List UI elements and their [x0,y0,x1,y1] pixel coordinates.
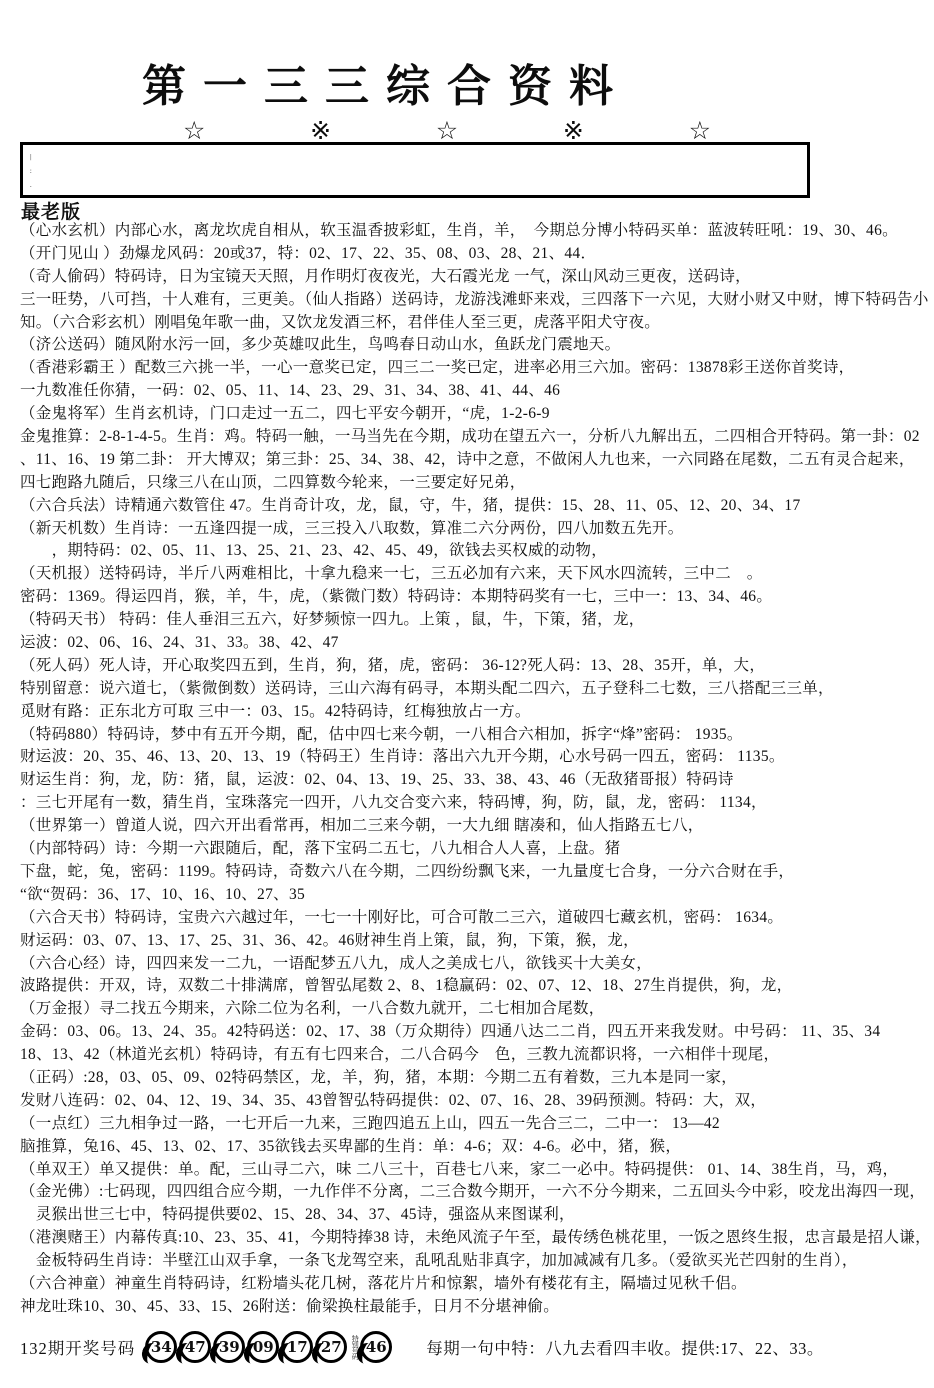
text-line: 运波：02、06、16、24、31、33。38、42、47 [20,632,934,655]
text-line: （正码）:28，03、05、09、02特码禁区，龙，羊，狗，猪，本期：今期二五有… [20,1067,934,1090]
result-note: 每期一句中特：八九去看四丰收。提供:17、22、33。 [426,1335,824,1359]
text-line: 四七跑路九随后，只缘三八在山顶，二四算数今轮来，一三要定好兄弟， [20,472,934,495]
scanned-lottery-sheet: 第一三三综合资料 ☆※☆※☆ | : . 最老版 （心水玄机）内部心水，离龙坎虎… [0,0,934,1388]
result-ball: 09 [247,1331,279,1363]
text-line: （六合心经）诗，四四来发一二九，一语配梦五八九，成人之美成七八，欲钱买十大美女， [20,953,934,976]
text-line: 财运生肖：狗，龙，防：猪，鼠，运波：02、04、13、19、25、33、38、4… [20,769,934,792]
text-line: （内部特码）诗：今期一六跟随后，配，落下宝码二五七，八九相合人人喜，上盘。猪 [20,838,934,861]
text-line: （死人码）死人诗，开心取奖四五到，生肖，狗，猪，虎，密码： 36-12?死人码：… [20,655,934,678]
text-line: （特码天书） 特码：佳人垂泪三五六，好梦频惊一四九。上策 ，鼠，牛，下策，猪，龙… [20,609,934,632]
text-line: 密码：1369。得运四肖，猴，羊，牛，虎，（紫微门数）特码诗：本期特码奖有一七，… [20,586,934,609]
text-line: （特码880）特码诗，梦中有五开今期，配，估中四七来今朝，一八相合六相加，拆字“… [20,724,934,747]
text-line: 特别留意：说六道七，（紫微倒数）送码诗，三山六海有码寻，本期头配二四六，五子登科… [20,678,934,701]
result-ball: 27 [315,1331,347,1363]
text-line: （一点红）三九相争过一路，一七开后一九来，三跑四追五上山，四五一先合三二，二中一… [20,1113,934,1136]
text-line: 神龙吐珠10、30、45、33、15、26附送：偷梁换柱最能手，日月不分堪神偷。 [20,1296,934,1319]
result-ball: 17 [281,1331,313,1363]
text-line: （新天机数）生肖诗：一五逢四提一成，三三投入八取数，算准二六分两份，四八加数五先… [20,518,934,541]
text-line: 一九数准任你猜，一码：02、05、11、14、23、29、31、34、38、41… [20,380,934,403]
text-line: （金光佛）:七码现，四四组合应今期，一九作伴不分离，二三合数今期开，一六不分今期… [20,1181,934,1204]
text-line: 下盘，蛇，兔，密码：1199。特码诗，奇数六八在今期，二四纷纷飘飞来，一九量度七… [20,861,934,884]
text-line: ：三七开尾有一数，猜生肖，宝珠落完一四开，八九交合变六来，特码博，狗，防，鼠，龙… [20,792,934,815]
text-line: （港澳赌王）内幕传真:10、23、35、41，今期特捧38 诗，未绝风流子午至，… [20,1227,934,1250]
text-line: （万金报）寻二找五今期来，六除二位为名利，一八合数九就开，二七相加合尾数， [20,998,934,1021]
scan-artifact: | [29,155,33,161]
text-line: （六合兵法）诗精通六数管住 47。生肖奇计攻，龙，鼠，守，牛，猪，提供：15、2… [20,495,934,518]
text-line: 18、13、42（林道光玄机）特码诗，有五有七四来合，二八合码今 色，三教九流都… [20,1044,934,1067]
draw-result-row: 132期开奖号码 344739091727 特别号码 46 每期一句中特：八九去… [20,1331,824,1363]
text-line: 发财八连码：02、04、12、19、34、35、43曾智弘特码提供：02、07、… [20,1090,934,1113]
text-line: 三一旺势，八可挡，十人难有，三更美。（仙人指路）送码诗，龙游浅滩虾来戏，三四落下… [20,289,934,312]
result-balls: 344739091727 [145,1331,349,1363]
text-line: 金板特码生肖诗：半壁江山双手拿，一条飞龙驾空来，乱吼乱贴非真字，加加减减有几多。… [20,1250,934,1273]
text-line: （开门见山 ）劲爆龙风码：20或37，特：02、17、22、35、08、03、2… [20,243,934,266]
text-line: （心水玄机）内部心水，离龙坎虎自相从，软玉温香披彩虹，生肖，羊， 今期总分博小特… [20,220,934,243]
text-line: 金鬼推算：2-8-1-4-5。生肖：鸡。特码一触，一马当先在今期，成功在望五六一… [20,426,934,449]
scan-artifact: : [29,169,33,175]
text-line: （天机报）送特码诗，半斤八两难相比，十拿九稳来一七，三五必加有六来，天下风水四流… [20,563,934,586]
page-title: 第一三三综合资料 [142,50,630,114]
special-ball: 46 [360,1331,392,1363]
text-line: （世界第一）曾道人说，四六开出看常再，相加二三来今朝，一大九细 瞎凑和，仙人指路… [20,815,934,838]
text-line: 脑推算，兔16、45、13、02、17、35欲钱去买卑鄙的生肖：单：4-6；双：… [20,1136,934,1159]
text-line: （六合天书）特码诗，宝贵六六越过年，一七一十刚好比，可合可散二三六，道破四七藏玄… [20,907,934,930]
scan-artifact: . [29,183,33,189]
text-line: 金码：03、06。13、24、35。42特码送：02、17、38（万众期待）四通… [20,1021,934,1044]
text-line: （奇人偷码）特码诗，日为宝镜天天照，月作明灯夜夜光，大石霞光龙 一气，深山风动三… [20,266,934,289]
text-line: 灵猴出世三七中，特码提供要02、15、28、34、37、45诗，强盗从来图谋利， [20,1204,934,1227]
text-line: 波路提供：开双，诗，双数二十排满席，曾智弘尾数 2、8、1稳赢码：02、07、1… [20,975,934,998]
text-line: （六合神童）神童生肖特码诗，红粉墙头花几树，落花片片和惊絮，墙外有楼花有主，隔墙… [20,1273,934,1296]
text-line: “欲“贺码：36、17、10、16、10、27、35 [20,884,934,907]
result-ball: 34 [145,1331,177,1363]
text-line: （单双王）单又提供：单。配，三山寻二六，味 二八三十，百巷七八来，家二一必中。特… [20,1159,934,1182]
text-line: 觅财有路：正东北方可取 三中一：03、15。42特码诗，红梅独放占一方。 [20,701,934,724]
text-line: （香港彩霸王 ）配数三六挑一半，一心一意奖已定，四三二一奖已定，进率必用三六加。… [20,357,934,380]
text-line: 、11、16、19 第二卦： 开大博双；第三卦：25、34、38、42，诗中之意… [20,449,934,472]
text-line: （金鬼将军）生肖玄机诗，门口走过一五二，四七平安今朝开，“虎，1-2-6-9 [20,403,934,426]
draw-result-prefix: 132期开奖号码 [20,1335,135,1359]
text-line: 财运码：03、07、13、17、25、31、36、42。46财神生肖上策，鼠，狗… [20,930,934,953]
result-ball: 47 [179,1331,211,1363]
empty-notice-box: | : . [20,142,810,198]
text-line: ，期特码：02、05、11、13、25、21、23、42、45、49，欲钱去买权… [20,540,934,563]
text-line: （济公送码）随风附水污一回，多少英雄叹此生，鸟鸣春日动山水，鱼跃龙门震地天。 [20,334,934,357]
text-line: 财运波：20、35、46、13、20、13、19（特码王）生肖诗：落出六九开今期… [20,746,934,769]
result-ball: 39 [213,1331,245,1363]
body-text: （心水玄机）内部心水，离龙坎虎自相从，软玉温香披彩虹，生肖，羊， 今期总分博小特… [20,220,934,1319]
text-line: 知。（六合彩玄机）刚唱兔年歌一曲，又饮龙发酒三杯，君伴佳人至三更，虎落平阳犬守夜… [20,312,934,335]
